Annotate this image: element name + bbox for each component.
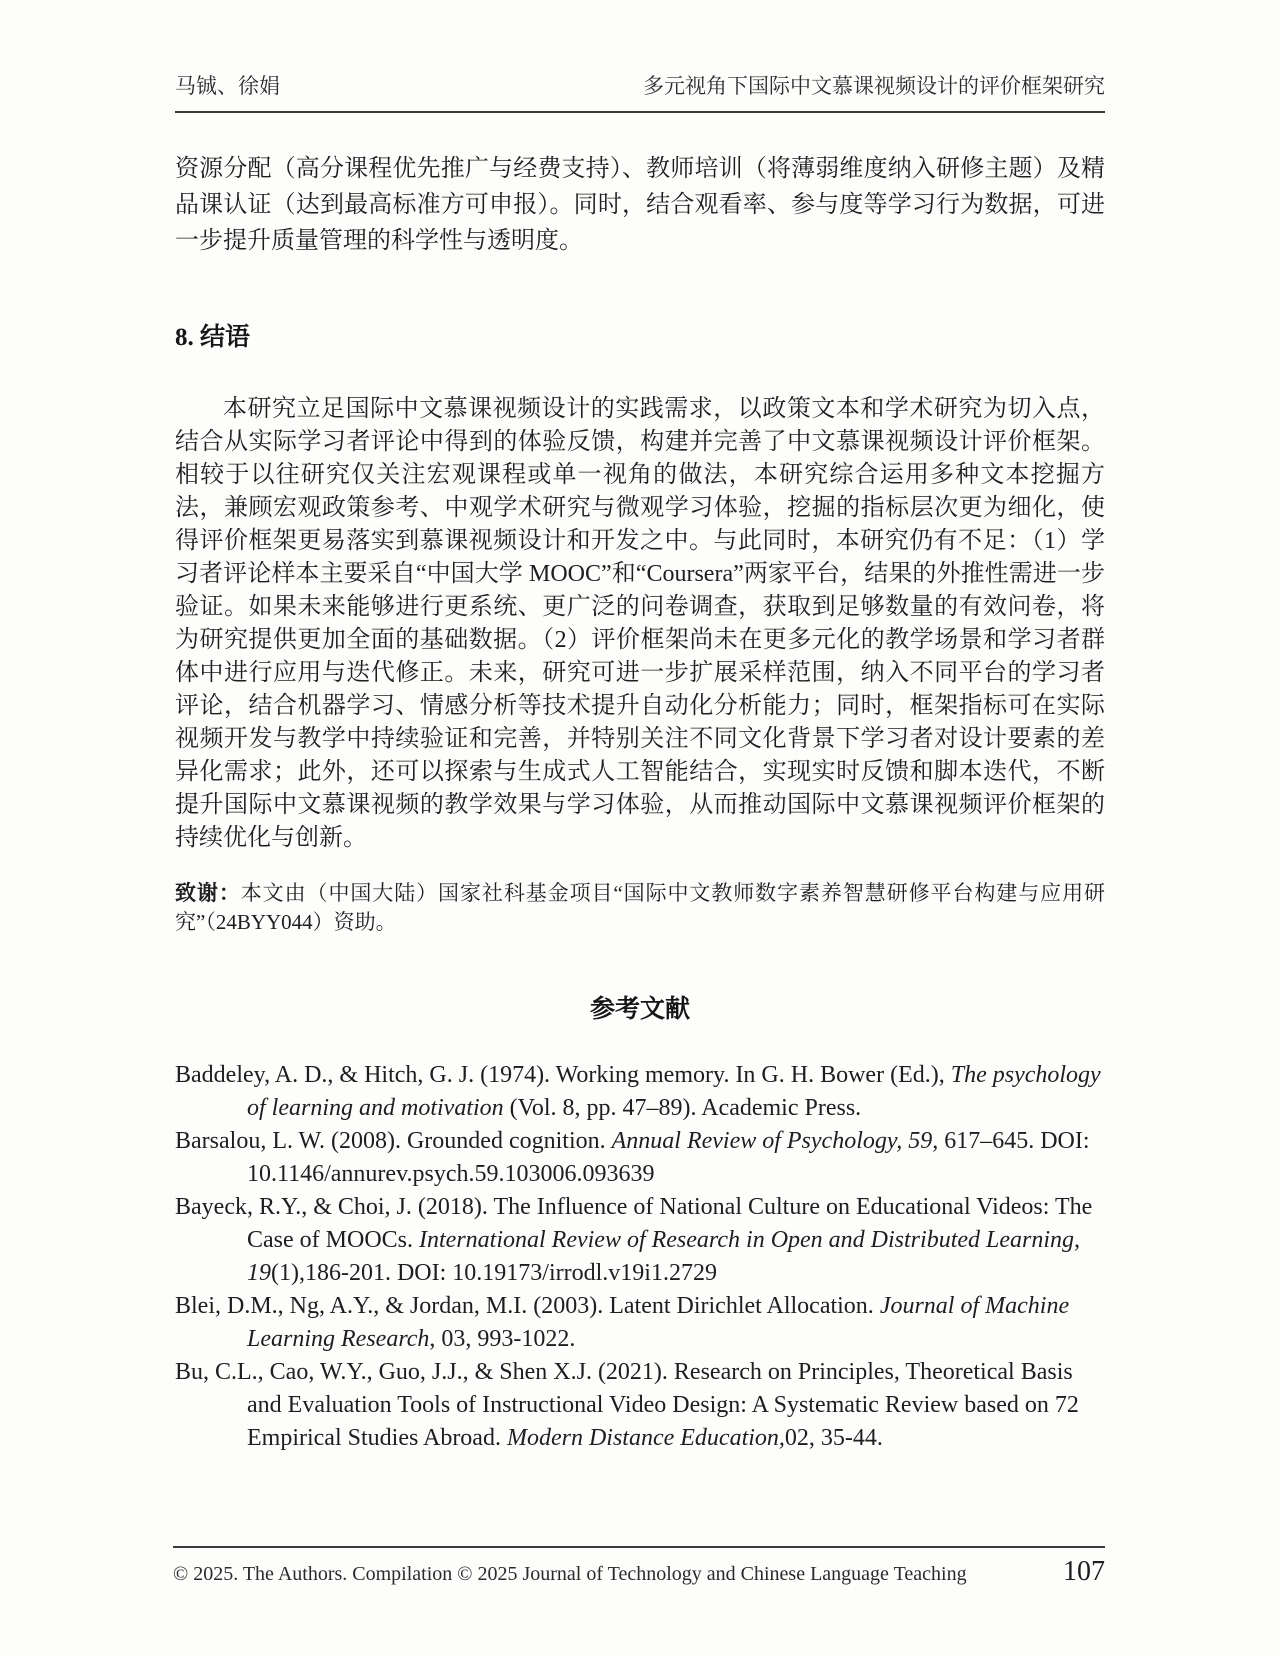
references-heading: 参考文献 bbox=[175, 989, 1105, 1025]
references-list: Baddeley, A. D., & Hitch, G. J. (1974). … bbox=[175, 1059, 1105, 1455]
section-heading-conclusion: 8. 结语 bbox=[175, 317, 1105, 353]
page-number: 107 bbox=[1063, 1556, 1105, 1588]
reference-item: Bu, C.L., Cao, W.Y., Guo, J.J., & Shen X… bbox=[175, 1356, 1105, 1455]
reference-item: Blei, D.M., Ng, A.Y., & Jordan, M.I. (20… bbox=[175, 1290, 1105, 1356]
reference-item: Baddeley, A. D., & Hitch, G. J. (1974). … bbox=[175, 1059, 1105, 1125]
header-authors: 马铖、徐娟 bbox=[175, 70, 280, 100]
reference-item: Bayeck, R.Y., & Choi, J. (2018). The Inf… bbox=[175, 1191, 1105, 1290]
footer-copyright: © 2025. The Authors. Compilation © 2025 … bbox=[173, 1563, 967, 1586]
conclusion-paragraph: 本研究立足国际中文慕课视频设计的实践需求，以政策文本和学术研究为切入点，结合从实… bbox=[175, 393, 1105, 855]
acknowledgement-paragraph: 致谢：本文由（中国大陆）国家社科基金项目“国际中文教师数字素养智慧研修平台构建与… bbox=[175, 879, 1105, 937]
running-header: 马铖、徐娟 多元视角下国际中文慕课视频设计的评价框架研究 bbox=[175, 0, 1105, 113]
paper-page: 马铖、徐娟 多元视角下国际中文慕课视频设计的评价框架研究 资源分配（高分课程优先… bbox=[0, 0, 1280, 1656]
intro-paragraph: 资源分配（高分课程优先推广与经费支持）、教师培训（将薄弱维度纳入研修主题）及精品… bbox=[175, 151, 1105, 259]
header-running-title: 多元视角下国际中文慕课视频设计的评价框架研究 bbox=[643, 70, 1105, 100]
page-content: 马铖、徐娟 多元视角下国际中文慕课视频设计的评价框架研究 资源分配（高分课程优先… bbox=[175, 0, 1105, 1455]
page-footer: © 2025. The Authors. Compilation © 2025 … bbox=[173, 1546, 1105, 1588]
reference-item: Barsalou, L. W. (2008). Grounded cogniti… bbox=[175, 1125, 1105, 1191]
